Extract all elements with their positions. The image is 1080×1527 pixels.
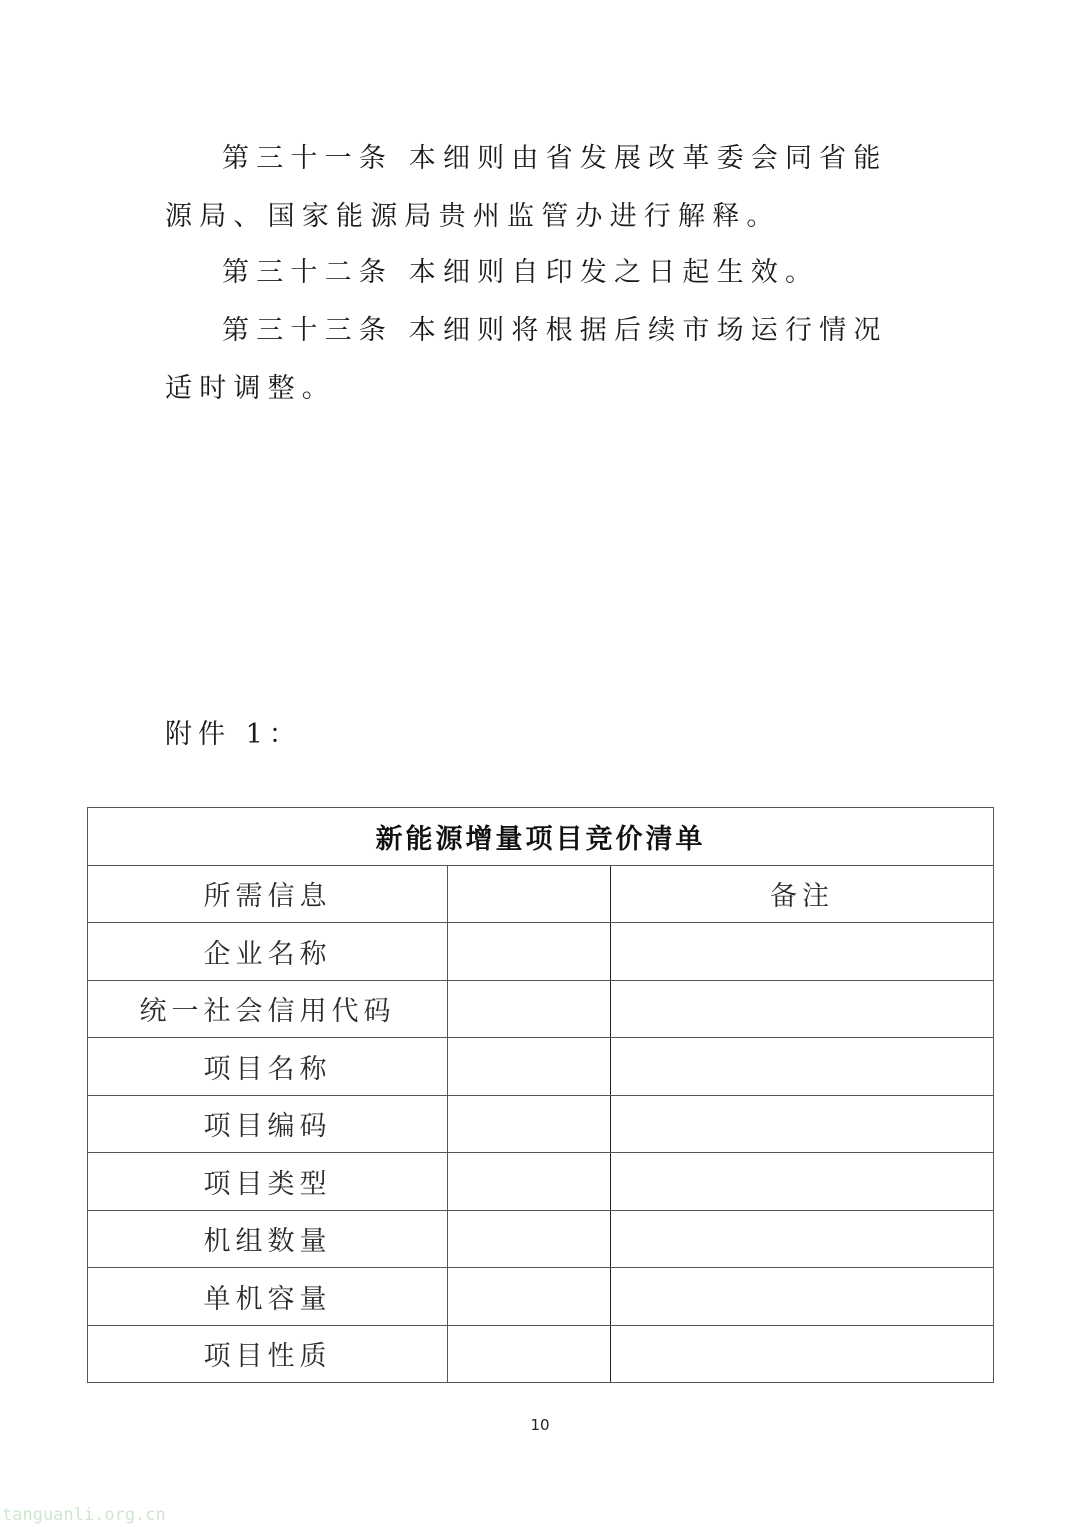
row-value-cell [448, 1210, 611, 1268]
row-value-cell [448, 1038, 611, 1096]
attachment-label: 附件 1： [165, 712, 302, 751]
row-remark-cell [611, 1268, 994, 1326]
row-remark-cell [611, 1095, 994, 1153]
row-value-cell [448, 923, 611, 981]
row-value-cell [448, 1325, 611, 1383]
row-value-cell [448, 1268, 611, 1326]
row-label: 项目类型 [88, 1153, 448, 1211]
table-title-row: 新能源增量项目竞价清单 [88, 808, 994, 866]
row-label: 企业名称 [88, 923, 448, 981]
row-remark-cell [611, 1038, 994, 1096]
row-remark-cell [611, 980, 994, 1038]
table-row: 统一社会信用代码 [88, 980, 994, 1038]
table-title: 新能源增量项目竞价清单 [88, 808, 994, 866]
header-required-info: 所需信息 [88, 865, 448, 923]
row-value-cell [448, 1095, 611, 1153]
row-remark-cell [611, 1153, 994, 1211]
table-header-row: 所需信息 备注 [88, 865, 994, 923]
header-remarks: 备注 [611, 865, 994, 923]
table-row: 项目类型 [88, 1153, 994, 1211]
row-remark-cell [611, 923, 994, 981]
table-row: 项目编码 [88, 1095, 994, 1153]
page-number: 10 [0, 1416, 1080, 1434]
header-value [448, 865, 611, 923]
article-31: 第三十一条 本细则由省发展改革委会同省能源局、国家能源局贵州监管办进行解释。 [165, 130, 920, 246]
row-value-cell [448, 980, 611, 1038]
table-row: 机组数量 [88, 1210, 994, 1268]
row-label: 机组数量 [88, 1210, 448, 1268]
row-label: 单机容量 [88, 1268, 448, 1326]
watermark: tanguanli.org.cn [2, 1505, 166, 1525]
article-33: 第三十三条 本细则将根据后续市场运行情况适时调整。 [165, 302, 920, 418]
table-row: 项目名称 [88, 1038, 994, 1096]
table-row: 单机容量 [88, 1268, 994, 1326]
row-label: 项目性质 [88, 1325, 448, 1383]
row-value-cell [448, 1153, 611, 1211]
row-remark-cell [611, 1325, 994, 1383]
row-label: 统一社会信用代码 [88, 980, 448, 1038]
bid-list-table: 新能源增量项目竞价清单 所需信息 备注 企业名称 统一社会信用代码 项目名称 项… [87, 807, 994, 1383]
article-32: 第三十二条 本细则自印发之日起生效。 [165, 244, 920, 302]
row-remark-cell [611, 1210, 994, 1268]
row-label: 项目编码 [88, 1095, 448, 1153]
table-row: 项目性质 [88, 1325, 994, 1383]
table-row: 企业名称 [88, 923, 994, 981]
row-label: 项目名称 [88, 1038, 448, 1096]
